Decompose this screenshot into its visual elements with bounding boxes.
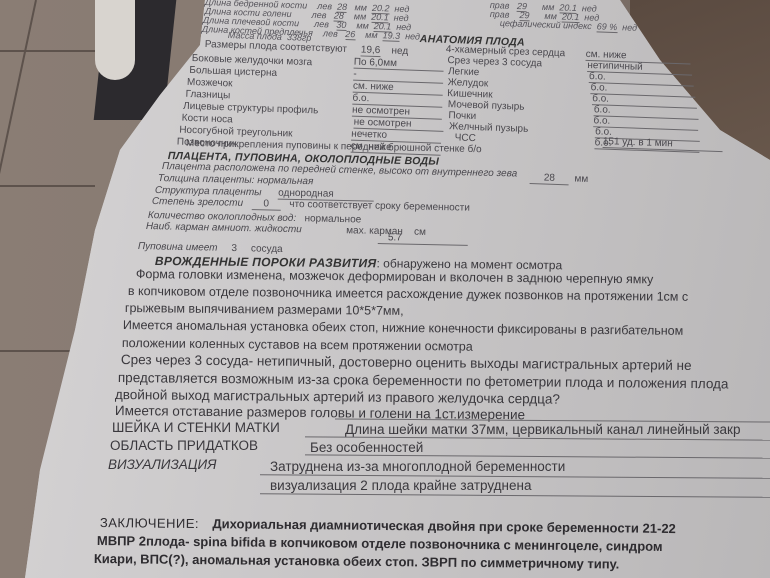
visualization-line2: визуализация 2 плода крайне затруднена xyxy=(270,478,531,493)
anatomy-label: Мозжечок xyxy=(187,77,233,90)
paper-edge xyxy=(95,0,135,80)
defects-line: грыжевым выпячиванием размерами 10*5*7мм… xyxy=(125,301,404,318)
uterus-value: Длина шейки матки 37мм, цервикальный кан… xyxy=(345,422,740,437)
adnexa-label: ОБЛАСТЬ ПРИДАТКОВ xyxy=(110,438,258,453)
visualization-line1: Затруднена из-за многоплодной беременнос… xyxy=(270,459,565,474)
floor-tile-line xyxy=(0,350,70,352)
floor-tile-line xyxy=(0,50,110,52)
floor-tile-line xyxy=(0,185,95,187)
anatomy-label: Глазницы xyxy=(185,89,230,102)
visualization-label: ВИЗУАЛИЗАЦИЯ xyxy=(108,457,216,472)
uterus-label: ШЕЙКА И СТЕНКИ МАТКИ xyxy=(112,420,280,435)
adnexa-value: Без особенностей xyxy=(310,440,423,455)
anatomy-label: Кости носа xyxy=(182,113,233,126)
placenta-distance: 28 мм xyxy=(530,172,589,185)
anatomy-label: ЧСС xyxy=(455,132,476,144)
amniotic-pocket-value: 5.7 xyxy=(378,232,468,246)
